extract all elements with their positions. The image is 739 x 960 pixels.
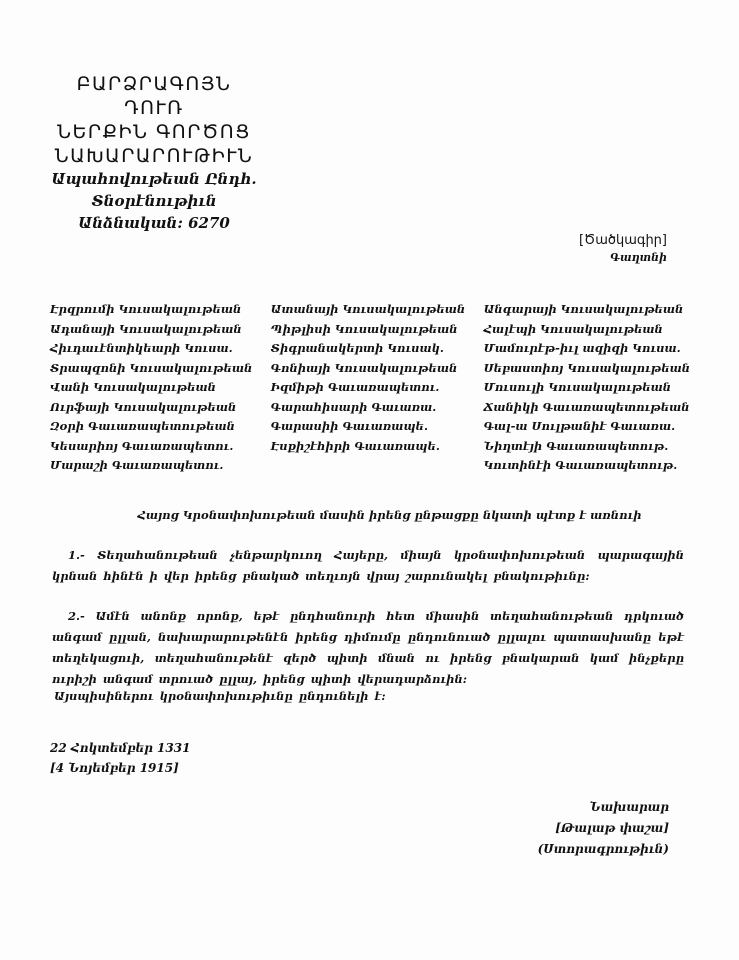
paragraph-2: 2.- Ամէն անոնք որոնք, եթէ ընդհանուրի հետ… [52, 606, 684, 690]
recipient: Տրապզոնի Կուսակալութեան [50, 359, 252, 379]
recipient: Ադանայի Կուսակալութեան [50, 320, 252, 340]
classification-block: [Ծածկագիր] Գաղտնի [579, 232, 667, 266]
signer-title: Նախարար [538, 797, 669, 818]
recipient: Հիւդաւէնտիկեարի Կուսա. [50, 339, 252, 359]
recipients-column-3: Անգարայի Կուսակալութեան Հալէպի Կուսակալո… [484, 300, 690, 476]
recipient: Անգարայի Կուսակալութեան [484, 300, 690, 320]
recipient: Էսքիշէհիրի Գաւառապե. [271, 437, 465, 457]
date-block: 22 Հոկտեմբեր 1331 [4 Նոյեմբեր 1915] [50, 738, 190, 778]
recipient: Զօրի Գաւառապետութեան [50, 417, 252, 437]
subject-line: Հայոց Կրօնափոխութեան մասին իրենց ընթացքը… [0, 508, 739, 522]
ministry-name-line-3: ՆԱԽԱՐԱՐՈՒԹԻՒՆ [44, 144, 264, 168]
signature-note: (Ստորագրութիւն) [538, 839, 669, 860]
cipher-label: [Ծածկագիր] [579, 232, 667, 250]
recipient: Մարաշի Գաւառապետու. [50, 456, 252, 476]
letterhead: ԲԱՐՁՐԱԳՈՅՆ ԴՈՒՌ ՆԵՐՔԻՆ ԳՈՐԾՈՑ ՆԱԽԱՐԱՐՈՒԹ… [44, 72, 264, 234]
secret-label: Գաղտնի [579, 250, 667, 266]
recipient: Սեբաստիոյ Կուսակալութեան [484, 359, 690, 379]
recipient: Հալէպի Կուսակալութեան [484, 320, 690, 340]
recipient: Գալ-ա Սուլթանիէ Գաւառա. [484, 417, 690, 437]
document-page: ԲԱՐՁՐԱԳՈՅՆ ԴՈՒՌ ՆԵՐՔԻՆ ԳՈՐԾՈՑ ՆԱԽԱՐԱՐՈՒԹ… [0, 0, 739, 960]
paragraph-1: 1.- Տեղահանութեան չենթարկուող Հայերը, մի… [52, 545, 684, 587]
paragraph-3: Այսպիսիներու կրօնափոխութիւնը ընդունելի է… [52, 686, 684, 707]
directorate-line-2: Տնօրէնութիւն [44, 190, 264, 212]
recipient: Վանի Կուսակալութեան [50, 378, 252, 398]
recipients-column-1: Էրզրումի Կուսակալութեան Ադանայի Կուսակալ… [50, 300, 252, 476]
recipient: Նիղտէյի Գաւառապետութ. [484, 437, 690, 457]
special-number: Անձնական: 6270 [44, 212, 264, 234]
recipient: Պիթլիսի Կուսակալութեան [271, 320, 465, 340]
recipient: Ատանայի Կուսակալութեան [271, 300, 465, 320]
recipient: Էրզրումի Կուսակալութեան [50, 300, 252, 320]
recipient: Գարասիի Գաւառապե. [271, 417, 465, 437]
recipients-column-2: Ատանայի Կուսակալութեան Պիթլիսի Կուսակալո… [271, 300, 465, 476]
directorate-line-1: Ապահովութեան Ընդհ. [44, 168, 264, 190]
recipient: Կուտինէի Գաւառապետութ. [484, 456, 690, 476]
ottoman-date: 22 Հոկտեմբեր 1331 [50, 738, 190, 758]
recipient: Իզմիթի Գաւառապետու. [271, 378, 465, 398]
signature-block: Նախարար [Թալաթ փաշա] (Ստորագրութիւն) [538, 797, 669, 860]
signer-name: [Թալաթ փաշա] [538, 818, 669, 839]
recipient: Մամուրէթ-իւլ ազիզի Կուսա. [484, 339, 690, 359]
gregorian-date: [4 Նոյեմբեր 1915] [50, 758, 190, 778]
ministry-name-line-1: ԲԱՐՁՐԱԳՈՅՆ ԴՈՒՌ [44, 72, 264, 120]
recipients-list: Էրզրումի Կուսակալութեան Ադանայի Կուսակալ… [50, 300, 690, 476]
recipient: Գարահիսարի Գաւառա. [271, 398, 465, 418]
recipient: Մուսուլի Կուսակալութեան [484, 378, 690, 398]
recipient: Ճանիկի Գաւառապետութեան [484, 398, 690, 418]
recipient: Կեսարիոյ Գաւառապետու. [50, 437, 252, 457]
recipient: Տիգրանակերտի Կուսակ. [271, 339, 465, 359]
recipient: Գոնիայի Կուսակալութեան [271, 359, 465, 379]
recipient: Ուրֆայի Կուսակալութեան [50, 398, 252, 418]
ministry-name-line-2: ՆԵՐՔԻՆ ԳՈՐԾՈՑ [44, 120, 264, 144]
